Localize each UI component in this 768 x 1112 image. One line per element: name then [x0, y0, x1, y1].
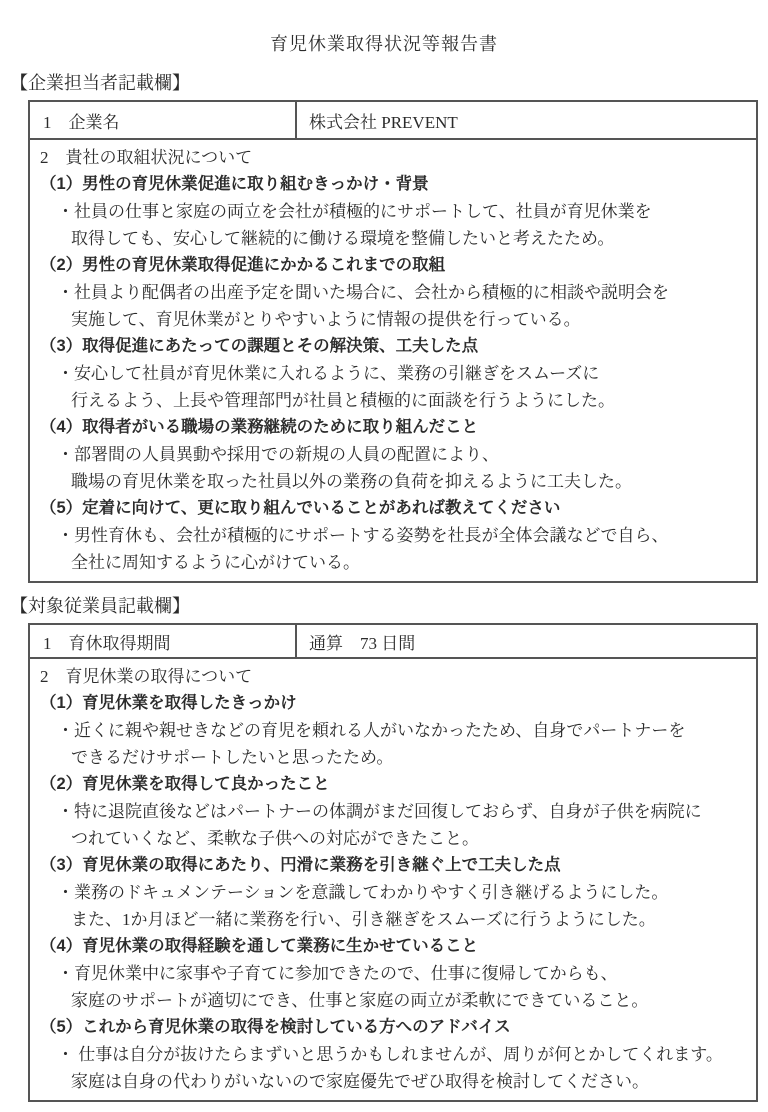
- continuation-line: 取得しても、安心して継続的に働ける環境を整備したいと考えたため。: [40, 225, 752, 252]
- employee-item-4: （4）育児休業の取得経験を通して業務に生かせていること ・育児休業中に家事や子育…: [40, 933, 752, 1014]
- employee-table: 1 育休取得期間 通算 73 日間 2 育児休業の取得について （1）育児休業を…: [28, 623, 758, 1102]
- continuation-line: 家庭は自身の代わりがいないので家庭優先でぜひ取得を検討してください。: [40, 1068, 752, 1095]
- company-item-1: （1）男性の育児休業促進に取り組むきっかけ・背景 ・社員の仕事と家庭の両立を会社…: [40, 171, 752, 252]
- employee-item-3: （3）育児休業の取得にあたり、円滑に業務を引き継ぐ上で工夫した点 ・業務のドキュ…: [40, 852, 752, 933]
- bullet-line: ・近くに親や親せきなどの育児を頼れる人がいなかったため、自身でパートナーを: [40, 717, 752, 744]
- continuation-line: 実施して、育児休業がとりやすいように情報の提供を行っている。: [40, 306, 752, 333]
- bullet-line: ・特に退院直後などはパートナーの体調がまだ回復しておらず、自身が子供を病院に: [40, 798, 752, 825]
- item-heading: （2）男性の育児休業取得促進にかかるこれまでの取組: [40, 252, 752, 279]
- bullet-line: ・社員より配偶者の出産予定を聞いた場合に、会社から積極的に相談や説明会を: [40, 279, 752, 306]
- item-heading: （4）取得者がいる職場の業務継続のために取り組んだこと: [40, 414, 752, 441]
- company-name-key-cell: 1 企業名: [30, 102, 297, 138]
- employee-item-5: （5）これから育児休業の取得を検討している方へのアドバイス ・ 仕事は自分が抜け…: [40, 1014, 752, 1095]
- company-item-3: （3）取得促進にあたっての課題とその解決策、工夫した点 ・安心して社員が育児休業…: [40, 333, 752, 414]
- employee-item-1: （1）育児休業を取得したきっかけ ・近くに親や親せきなどの育児を頼れる人がいなか…: [40, 690, 752, 771]
- company-initiatives-heading: 2 貴社の取組状況について: [40, 144, 752, 171]
- company-name-value-cell: 株式会社 PREVENT: [297, 108, 458, 133]
- leave-period-row: 1 育休取得期間 通算 73 日間: [30, 625, 756, 659]
- company-item-2: （2）男性の育児休業取得促進にかかるこれまでの取組 ・社員より配偶者の出産予定を…: [40, 252, 752, 333]
- bullet-line: ・社員の仕事と家庭の両立を会社が積極的にサポートして、社員が育児休業を: [40, 198, 752, 225]
- employee-item-2: （2）育児休業を取得して良かったこと ・特に退院直後などはパートナーの体調がまだ…: [40, 771, 752, 852]
- item-heading: （1）育児休業を取得したきっかけ: [40, 690, 752, 717]
- company-initiatives-cell: 2 貴社の取組状況について （1）男性の育児休業促進に取り組むきっかけ・背景 ・…: [30, 140, 756, 581]
- item-heading: （3）育児休業の取得にあたり、円滑に業務を引き継ぐ上で工夫した点: [40, 852, 752, 879]
- item-heading: （4）育児休業の取得経験を通して業務に生かせていること: [40, 933, 752, 960]
- bullet-line: ・ 仕事は自分が抜けたらまずいと思うかもしれませんが、周りが何とかしてくれます。: [40, 1041, 752, 1068]
- company-item-5: （5）定着に向けて、更に取り組んでいることがあれば教えてください ・男性育休も、…: [40, 495, 752, 576]
- company-item-4: （4）取得者がいる職場の業務継続のために取り組んだこと ・部署間の人員異動や採用…: [40, 414, 752, 495]
- company-table: 1 企業名 株式会社 PREVENT 2 貴社の取組状況について （1）男性の育…: [28, 100, 758, 583]
- continuation-line: また、1か月ほど一緒に業務を行い、引き継ぎをスムーズに行うようにした。: [40, 906, 752, 933]
- employee-experience-cell: 2 育児休業の取得について （1）育児休業を取得したきっかけ ・近くに親や親せき…: [30, 659, 756, 1100]
- bullet-line: ・安心して社員が育児休業に入れるように、業務の引継ぎをスムーズに: [40, 360, 752, 387]
- item-heading: （3）取得促進にあたっての課題とその解決策、工夫した点: [40, 333, 752, 360]
- item-heading: （5）これから育児休業の取得を検討している方へのアドバイス: [40, 1014, 752, 1041]
- employee-section-label: 【対象従業員記載欄】: [10, 593, 768, 619]
- bullet-line: ・育児休業中に家事や子育てに参加できたので、仕事に復帰してからも、: [40, 960, 752, 987]
- employee-experience-heading: 2 育児休業の取得について: [40, 663, 752, 690]
- bullet-line: ・業務のドキュメンテーションを意識してわかりやすく引き継げるようにした。: [40, 879, 752, 906]
- company-name-row: 1 企業名 株式会社 PREVENT: [30, 102, 756, 140]
- company-section-label: 【企業担当者記載欄】: [10, 70, 768, 96]
- document-title: 育児休業取得状況等報告書: [0, 0, 768, 58]
- item-heading: （5）定着に向けて、更に取り組んでいることがあれば教えてください: [40, 495, 752, 522]
- continuation-line: 行えるよう、上長や管理部門が社員と積極的に面談を行うようにした。: [40, 387, 752, 414]
- continuation-line: つれていくなど、柔軟な子供への対応ができたこと。: [40, 825, 752, 852]
- continuation-line: 職場の育児休業を取った社員以外の業務の負荷を抑えるように工夫した。: [40, 468, 752, 495]
- continuation-line: できるだけサポートしたいと思ったため。: [40, 744, 752, 771]
- report-page: { "page_title": "育児休業取得状況等報告書", "colors"…: [0, 0, 768, 1112]
- bullet-line: ・部署間の人員異動や採用での新規の人員の配置により、: [40, 441, 752, 468]
- leave-period-key-cell: 1 育休取得期間: [30, 625, 297, 657]
- leave-period-value-cell: 通算 73 日間: [297, 629, 415, 654]
- continuation-line: 家庭のサポートが適切にでき、仕事と家庭の両立が柔軟にできていること。: [40, 987, 752, 1014]
- item-heading: （1）男性の育児休業促進に取り組むきっかけ・背景: [40, 171, 752, 198]
- bullet-line: ・男性育休も、会社が積極的にサポートする姿勢を社長が全体会議などで自ら、: [40, 522, 752, 549]
- continuation-line: 全社に周知するように心がけている。: [40, 549, 752, 576]
- item-heading: （2）育児休業を取得して良かったこと: [40, 771, 752, 798]
